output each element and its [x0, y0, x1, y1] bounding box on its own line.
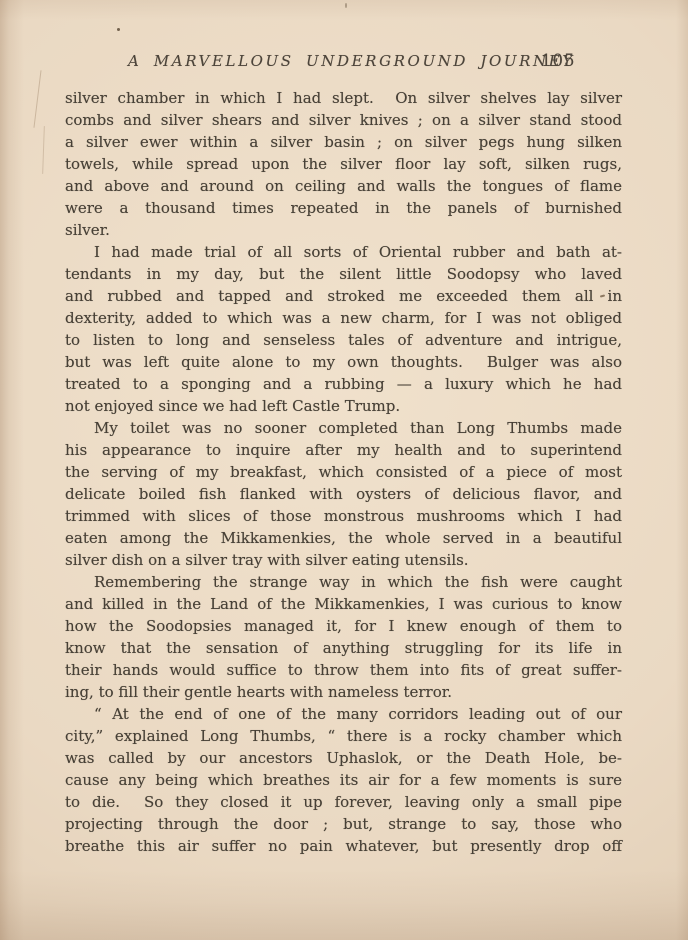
text-line: combs and silver shears and silver knive… [65, 109, 622, 131]
paragraph: silver chamber in which I had slept. On … [65, 87, 622, 241]
text-line: a silver ewer within a silver basin ; on… [65, 131, 622, 153]
text-line: the serving of my breakfast, which consi… [65, 461, 622, 483]
text-line: not enjoyed since we had left Castle Tru… [65, 395, 622, 417]
text-line: was called by our ancestors Uphaslok, or… [65, 747, 622, 769]
text-line: ing, to fill their gentle hearts with na… [65, 681, 622, 703]
text-line: delicate boiled fish flanked with oyster… [65, 483, 622, 505]
text-line: trimmed with slices of those monstrous m… [65, 505, 622, 527]
text-line: their hands would suffice to throw them … [65, 659, 622, 681]
text-line: towels, while spread upon the silver flo… [65, 153, 622, 175]
paper-crease [33, 70, 41, 128]
running-title: A MARVELLOUS UNDERGROUND JOURNEY [128, 52, 575, 70]
paper-speck [345, 3, 347, 8]
text-line: how the Soodopsies managed it, for I kne… [65, 615, 622, 637]
text-line: eaten among the Mikkamenkies, the whole … [65, 527, 622, 549]
page-text: silver chamber in which I had slept. On … [65, 87, 622, 857]
text-line: Remembering the strange way in which the… [65, 571, 622, 593]
text-line: tendants in my day, but the silent littl… [65, 263, 622, 285]
paragraph: “ At the end of one of the many corridor… [65, 703, 622, 857]
text-line: his appearance to inquire after my healt… [65, 439, 622, 461]
text-line: “ At the end of one of the many corridor… [65, 703, 622, 725]
paragraph: I had made trial of all sorts of Orienta… [65, 241, 622, 417]
text-line: know that the sensation of anything stru… [65, 637, 622, 659]
paper-speck [117, 28, 120, 31]
paper-crease [42, 126, 45, 174]
text-line: to listen to long and senseless tales of… [65, 329, 622, 351]
text-line: and killed in the Land of the Mikkamenki… [65, 593, 622, 615]
page-number: 105 [541, 51, 576, 70]
text-line: but was left quite alone to my own thoug… [65, 351, 622, 373]
text-line: to die. So they closed it up forever, le… [65, 791, 622, 813]
book-page: A MARVELLOUS UNDERGROUND JOURNEY 105 sil… [0, 0, 688, 940]
text-line: projecting through the door ; but, stran… [65, 813, 622, 835]
paragraph: Remembering the strange way in which the… [65, 571, 622, 703]
paragraph: My toilet was no sooner completed than L… [65, 417, 622, 571]
text-line: My toilet was no sooner completed than L… [65, 417, 622, 439]
text-line: dexterity, added to which was a new char… [65, 307, 622, 329]
text-line: treated to a sponging and a rubbing — a … [65, 373, 622, 395]
text-line: city,” explained Long Thumbs, “ there is… [65, 725, 622, 747]
text-line: silver dish on a silver tray with silver… [65, 549, 622, 571]
text-line: I had made trial of all sorts of Orienta… [65, 241, 622, 263]
text-line: and above and around on ceiling and wall… [65, 175, 622, 197]
running-header: A MARVELLOUS UNDERGROUND JOURNEY 105 [0, 51, 688, 73]
text-line: cause any being which breathes its air f… [65, 769, 622, 791]
text-line: silver chamber in which I had slept. On … [65, 87, 622, 109]
text-line: silver. [65, 219, 622, 241]
text-line: and rubbed and tapped and stroked me exc… [65, 285, 622, 307]
text-line: were a thousand times repeated in the pa… [65, 197, 622, 219]
text-line: breathe this air suffer no pain whatever… [65, 835, 622, 857]
